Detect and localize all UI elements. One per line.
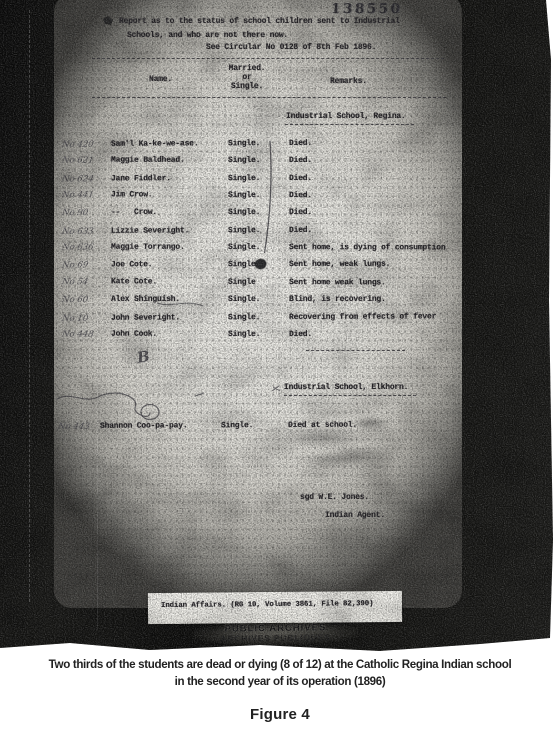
- row-status: Single.: [228, 208, 260, 217]
- table-row: No 69Joe Cote.Single.Sent home, weak lun…: [0, 260, 560, 273]
- table-row: No 54Kate Cote.SingleSent home weak lung…: [0, 277, 560, 291]
- row-no: No 441: [61, 190, 94, 200]
- row-status: Single.: [228, 156, 260, 165]
- row-remarks: Died.: [289, 156, 312, 165]
- row-remarks: Died.: [289, 330, 312, 339]
- row-status: Single.: [228, 191, 260, 200]
- table-row: No 633Lizzie Severight.Single.Died.: [0, 225, 560, 239]
- row-remarks: Sent home, weak lungs.: [289, 260, 390, 269]
- row-status: Single: [228, 278, 256, 287]
- row-name: Kate Cote.: [111, 277, 157, 286]
- table-row: No 90-- Crow.Single.Died.: [0, 208, 560, 220]
- row-no: No 60: [61, 295, 89, 305]
- fold-line: [97, 310, 98, 630]
- figure-4-panel: 138550 Report as to the status of school…: [0, 0, 560, 733]
- table-row: No 10John Severight.Single.Recovering fr…: [0, 311, 560, 325]
- row-no: No 54: [61, 277, 89, 287]
- row-status: Single.: [228, 330, 260, 339]
- row-name: Joe Cote.: [111, 261, 152, 270]
- table-row: No 448John Cook.Single.Died.: [0, 329, 560, 342]
- row-status: Single.: [228, 243, 260, 252]
- row-status: Single.: [221, 421, 253, 430]
- row-remarks: Died at school.: [288, 421, 357, 430]
- figure-label: Figure 4: [0, 706, 560, 723]
- archive-reference-text: Indian Affairs. (RG 10, Volume 3861, Fil…: [161, 600, 373, 610]
- row-name: Jane Fiddler.: [111, 174, 171, 183]
- table-row: No 621Maggie Baldhead.Single.Died.: [0, 156, 560, 169]
- row-no: No 420: [61, 140, 94, 150]
- row-name: Maggie Baldhead.: [111, 156, 185, 165]
- row-name: Jim Crow.: [111, 190, 152, 199]
- signature-title: Indian Agent.: [325, 511, 385, 520]
- row-remarks: Sent home, is dying of consumption: [289, 243, 445, 252]
- caption-line-2: in the second year of its operation (189…: [0, 673, 560, 690]
- fold-line: [29, 10, 30, 602]
- table-row: No 624Jane Fiddler.Single.Died.: [0, 173, 560, 186]
- row-no: No 621: [61, 156, 94, 166]
- row-name: Alex Shinguish.: [111, 295, 180, 304]
- stamp-line-2: ARCHIVES PUBLIQUES: [193, 632, 358, 644]
- row-remarks: Died.: [289, 174, 312, 183]
- typed-content-layer: 138550 Report as to the status of school…: [0, 0, 560, 652]
- row-no: No 443: [57, 422, 90, 432]
- table-row: No 60Alex Shinguish.Single.Blind, is rec…: [0, 295, 560, 307]
- row-status: Single.: [228, 174, 260, 183]
- row-status: Single.: [228, 260, 260, 269]
- row-no: No 10: [61, 313, 89, 323]
- row-remarks: Blind, is recovering.: [289, 295, 386, 304]
- student-rows: No 420Sam'l Ka-ke-we-ase.Single.Died.No …: [0, 0, 560, 652]
- row-remarks: Died.: [289, 191, 312, 200]
- section-title-elkhorn: Industrial School, Elkhorn.: [284, 383, 408, 392]
- caption-line-1: Two thirds of the students are dead or d…: [0, 656, 560, 673]
- scanned-document: 138550 Report as to the status of school…: [0, 0, 560, 652]
- row-remarks: Recovering from effects of fever: [289, 312, 436, 322]
- row-remarks: Died.: [289, 226, 312, 235]
- row-no: No 448: [61, 329, 94, 339]
- row-remarks: Died.: [289, 139, 312, 148]
- row-name: Maggie Torrango.: [111, 243, 185, 252]
- row-status: Single.: [228, 226, 260, 235]
- row-no: No 636: [61, 243, 94, 253]
- table-row: No 420Sam'l Ka-ke-we-ase.Single.Died.: [0, 138, 560, 152]
- row-remarks: Sent home weak lungs.: [289, 278, 386, 287]
- table-row: No 441Jim Crow.Single.Died.: [0, 190, 560, 204]
- public-archives-stamp: PUBLIC ARCHIVES ARCHIVES PUBLIQUES: [193, 621, 358, 646]
- archive-reference-label: Indian Affairs. (RG 10, Volume 3861, Fil…: [148, 591, 402, 624]
- row-no: No 69: [61, 261, 89, 271]
- row-name: Sam'l Ka-ke-we-ase.: [111, 139, 198, 148]
- row-status: Single.: [228, 313, 260, 322]
- dashed-underline: [284, 395, 416, 396]
- row-remarks: Died.: [289, 208, 312, 217]
- row-name: Shannon Coo-pa-pay.: [100, 421, 187, 430]
- row-no: No 633: [61, 227, 94, 237]
- row-name: John Severight.: [111, 313, 180, 322]
- table-row: No 443Shannon Coo-pa-pay.Single.Died at …: [0, 420, 560, 434]
- row-status: Single.: [228, 139, 260, 148]
- row-name: John Cook.: [111, 329, 157, 338]
- handwritten-letter-b: B: [136, 347, 152, 367]
- signature-line: sgd W.E. Jones.: [300, 493, 369, 502]
- row-status: Single.: [228, 295, 260, 304]
- dashed-divider: [306, 350, 405, 351]
- row-name: -- Crow.: [111, 208, 157, 217]
- row-name: Lizzie Severight.: [111, 226, 189, 235]
- row-no: No 624: [61, 174, 94, 184]
- table-row: No 636Maggie Torrango.Single.Sent home, …: [0, 243, 560, 256]
- row-no: No 90: [61, 208, 89, 218]
- figure-caption: Two thirds of the students are dead or d…: [0, 656, 560, 690]
